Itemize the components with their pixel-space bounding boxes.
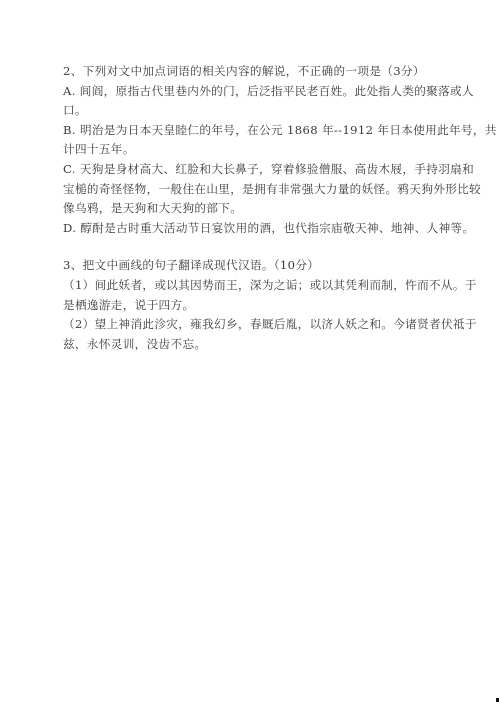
option-c-line-3: 像乌鸦，是天狗和大天狗的部下。 bbox=[63, 199, 427, 219]
question-3-title: 3、把文中画线的句子翻译成现代汉语。（10分） bbox=[63, 256, 427, 276]
option-c-line-2: 宝槌的奇怪怪物，一般住在山里，是拥有非常强大力量的妖怪。鸦天狗外形比较 bbox=[63, 180, 427, 200]
translation-2-line-2: 兹，永怀灵训，没齿不忘。 bbox=[63, 335, 427, 355]
option-b-line-2: 计四十五年。 bbox=[63, 140, 427, 160]
option-d-line-1: D. 醇酎是古时重大活动节日宴饮用的酒，也代指宗庙敬天神、地神、人神等。 bbox=[63, 219, 427, 239]
question-2-title: 2、下列对文中加点词语的相关内容的解说，不正确的一项是（3分） bbox=[63, 62, 427, 82]
option-a-line-1: A. 闾阎，原指古代里巷内外的门，后泛指平民老百姓。此处指人类的聚落或人 bbox=[63, 82, 427, 102]
option-b-line-1: B. 明治是为日本天皇睦仁的年号，在公元 1868 年--1912 年日本使用此… bbox=[63, 121, 427, 141]
section-gap bbox=[63, 238, 427, 256]
document-page: 2、下列对文中加点词语的相关内容的解说，不正确的一项是（3分） A. 闾阎，原指… bbox=[63, 62, 427, 354]
page-mark-dot bbox=[496, 698, 499, 702]
option-c-line-1: C. 天狗是身材高大、红脸和大长鼻子，穿着修验僧服、高齿木屐，手持羽扇和 bbox=[63, 160, 427, 180]
translation-1-line-2: 是栖逸游走，说于四方。 bbox=[63, 296, 427, 316]
option-a-line-2: 口。 bbox=[63, 101, 427, 121]
translation-1-line-1: （1）间此妖者，或以其因势而王，深为之诟；或以其凭利而制，忤而不从。于 bbox=[63, 276, 427, 296]
translation-2-line-1: （2）望上神消此沴灾，雍我幻乡，春厩后胤，以济人妖之和。今诸贤者伏祗于 bbox=[63, 315, 427, 335]
